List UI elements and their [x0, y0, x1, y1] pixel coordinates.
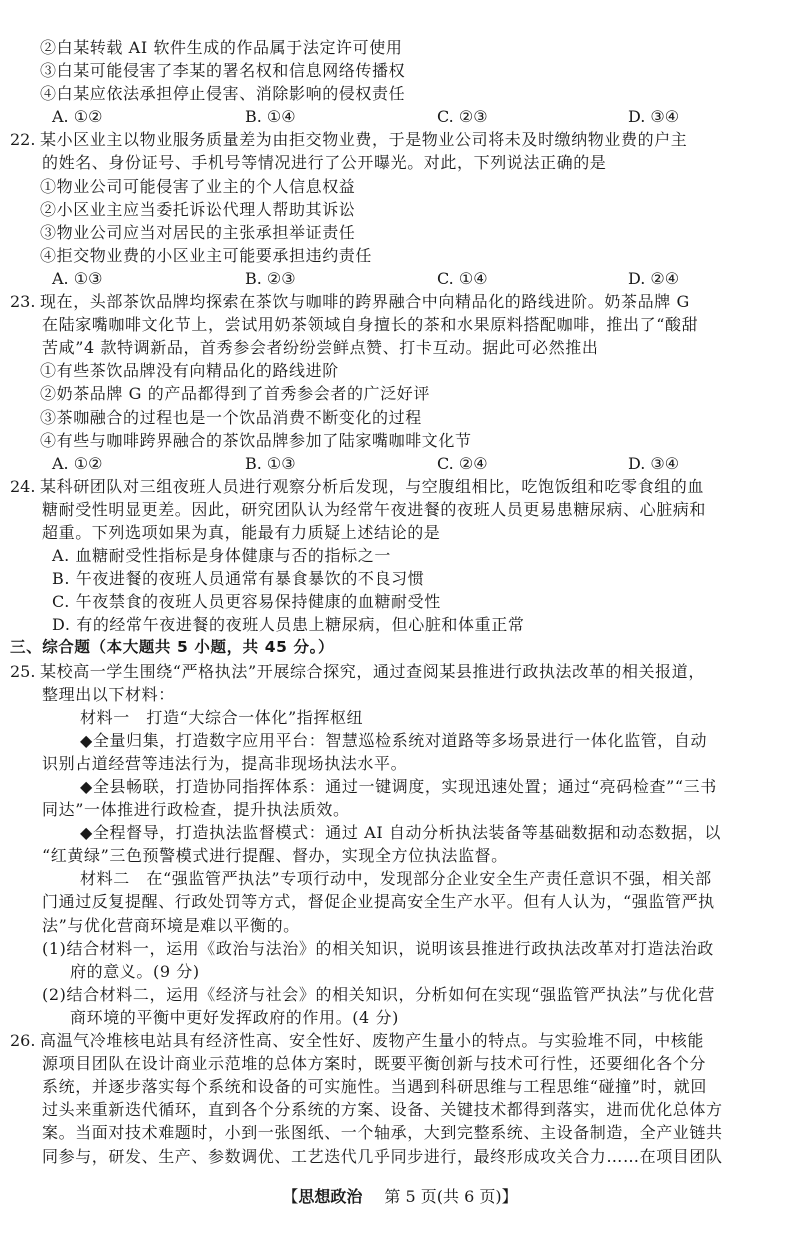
option-a: A. 血糖耐受性指标是身体健康与否的指标之一 [0, 544, 800, 567]
choice-b: B. ①④ [245, 105, 296, 128]
statement: ②奶茶品牌 G 的产品都得到了首秀参会者的广泛好评 [0, 382, 800, 405]
material-one: 材料一 打造“大综合一体化”指挥枢纽 ◆全量归集，打造数字应用平台：智慧巡检系统… [0, 706, 800, 868]
question-stem-line: 26. 高温气冷堆核电站具有经济性高、安全性好、废物产生量小的特点。与实验堆不同… [0, 1029, 800, 1052]
stem-text: 某校高一学生围绕“严格执法”开展综合探究，通过查阅某县推进行政执法改革的相关报道… [40, 662, 705, 681]
option-b: B. 午夜进餐的夜班人员通常有暴食暴饮的不良习惯 [0, 567, 800, 590]
choice-a: A. ①② [52, 105, 102, 128]
footer-page-info: 第 5 页(共 6 页) [384, 1187, 501, 1206]
question-number: 25. [10, 660, 35, 683]
sub-question-line: 商环境的平衡中更好发挥政府的作用。(4 分) [0, 1006, 800, 1029]
question-stem-line: 案。当面对技术难题时，小到一张图纸、一个轴承，大到完整系统、主设备制造，全产业链… [0, 1121, 800, 1144]
material-paragraph-line: ◆全量归集，打造数字应用平台：智慧巡检系统对道路等多场景进行一体化监管，自动 [0, 729, 800, 752]
footer-open-bracket: 【 [282, 1187, 298, 1206]
material-paragraph-line: 法”与优化营商环境是难以平衡的。 [0, 914, 800, 937]
question-26: 26. 高温气冷堆核电站具有经济性高、安全性好、废物产生量小的特点。与实验堆不同… [0, 1029, 800, 1168]
material-paragraph-line: 同达”一体推进行政检查，提升执法质效。 [0, 798, 800, 821]
choice-row: A. ①③ B. ②③ C. ①④ D. ②④ [0, 267, 800, 290]
question-stem-line: 同参与，研发、生产、参数调优、工艺迭代几乎同步进行，最终形成攻关合力……在项目团… [0, 1145, 800, 1168]
choice-c: C. ①④ [437, 267, 488, 290]
statement: ③白某可能侵害了李某的署名权和信息网络传播权 [0, 59, 800, 82]
stem-text: 现在，头部茶饮品牌均探索在茶饮与咖啡的跨界融合中向精品化的路线进阶。奶茶品牌 G [40, 292, 690, 311]
sub-question-2: (2)结合材料二，运用《经济与社会》的相关知识，分析如何在实现“强监管严执法”与… [0, 983, 800, 1029]
material-title: 材料一 打造“大综合一体化”指挥枢纽 [0, 706, 800, 729]
option-c: C. 午夜禁食的夜班人员更容易保持健康的血糖耐受性 [0, 590, 800, 613]
statement: ③茶咖融合的过程也是一个饮品消费不断变化的过程 [0, 406, 800, 429]
choice-b: B. ①③ [245, 452, 296, 475]
sub-question-line: 府的意义。(9 分) [0, 960, 800, 983]
footer-subject: 思想政治 [298, 1187, 362, 1206]
choice-row: A. ①② B. ①③ C. ②④ D. ③④ [0, 452, 800, 475]
statement: ②白某转载 AI 软件生成的作品属于法定许可使用 [0, 36, 800, 59]
question-stem-line: 24. 某科研团队对三组夜班人员进行观察分析后发现，与空腹组相比，吃饱饭组和吃零… [0, 475, 800, 498]
question-stem-line: 22. 某小区业主以物业服务质量差为由拒交物业费，于是物业公司将未及时缴纳物业费… [0, 128, 800, 151]
page-footer: 【思想政治第 5 页(共 6 页)】 [0, 1186, 800, 1208]
question-stem-line: 苦咸”4 款特调新品，首秀参会者纷纷尝鲜点赞、打卡互动。据此可必然推出 [0, 336, 800, 359]
statement: ④有些与咖啡跨界融合的茶饮品牌参加了陆家嘴咖啡文化节 [0, 429, 800, 452]
question-stem-line: 糖耐受性明显更差。因此，研究团队认为经常午夜进餐的夜班人员更易患糖尿病、心脏病和 [0, 498, 800, 521]
material-paragraph-line: 门通过反复提醒、行政处罚等方式，督促企业提高安全生产水平。但有人认为，“强监管严… [0, 890, 800, 913]
statement: ③物业公司应当对居民的主张承担举证责任 [0, 221, 800, 244]
question-number: 22. [10, 128, 35, 151]
choice-d: D. ③④ [628, 105, 679, 128]
question-stem-line: 的姓名、身份证号、手机号等情况进行了公开曝光。对此，下列说法正确的是 [0, 151, 800, 174]
choice-d: D. ②④ [628, 267, 679, 290]
question-stem-line: 源项目团队在设计商业示范堆的总体方案时，既要平衡创新与技术可行性，还要细化各个分 [0, 1052, 800, 1075]
statement: ①物业公司可能侵害了业主的个人信息权益 [0, 175, 800, 198]
question-stem-line: 在陆家嘴咖啡文化节上，尝试用奶茶领域自身擅长的茶和水果原料搭配咖啡，推出了“酸甜 [0, 313, 800, 336]
choice-a: A. ①③ [52, 267, 102, 290]
material-paragraph-line: “红黄绿”三色预警模式进行提醒、督办，实现全方位执法监督。 [0, 844, 800, 867]
choice-b: B. ②③ [245, 267, 296, 290]
sub-question-1: (1)结合材料一，运用《政治与法治》的相关知识，说明该县推进行政执法改革对打造法… [0, 937, 800, 983]
sub-question-line: (2)结合材料二，运用《经济与社会》的相关知识，分析如何在实现“强监管严执法”与… [0, 983, 800, 1006]
question-stem-line: 超重。下列选项如果为真，能最有力质疑上述结论的是 [0, 521, 800, 544]
material-paragraph-line: ◆全县畅联，打造协同指挥体系：通过一键调度，实现迅速处置；通过“亮码检查”“三书 [0, 775, 800, 798]
choice-c: C. ②④ [437, 452, 488, 475]
statement: ①有些茶饮品牌没有向精品化的路线进阶 [0, 359, 800, 382]
question-stem-line: 25. 某校高一学生围绕“严格执法”开展综合探究，通过查阅某县推进行政执法改革的… [0, 660, 800, 683]
question-22: 22. 某小区业主以物业服务质量差为由拒交物业费，于是物业公司将未及时缴纳物业费… [0, 128, 800, 290]
footer-close-bracket: 】 [502, 1187, 518, 1206]
question-21-tail: ②白某转载 AI 软件生成的作品属于法定许可使用 ③白某可能侵害了李某的署名权和… [0, 36, 800, 128]
stem-text: 某小区业主以物业服务质量差为由拒交物业费，于是物业公司将未及时缴纳物业费的户主 [40, 130, 687, 149]
choice-row: A. ①② B. ①④ C. ②③ D. ③④ [0, 105, 800, 128]
question-stem-line: 整理出以下材料： [0, 683, 800, 706]
material-paragraph-line: ◆全程督导，打造执法监督模式：通过 AI 自动分析执法装备等基础数据和动态数据，… [0, 821, 800, 844]
question-stem-line: 系统，并逐步落实每个系统和设备的可实施性。当遇到科研思维与工程思维“碰撞”时，就… [0, 1075, 800, 1098]
question-stem-line: 过头来重新迭代循环，直到各个分系统的方案、设备、关键技术都得到落实，进而优化总体… [0, 1098, 800, 1121]
exam-page: ②白某转载 AI 软件生成的作品属于法定许可使用 ③白某可能侵害了李某的署名权和… [0, 36, 800, 1168]
statement: ④拒交物业费的小区业主可能要承担违约责任 [0, 244, 800, 267]
material-paragraph-line: 材料二 在“强监管严执法”专项行动中，发现部分企业安全生产责任意识不强，相关部 [0, 867, 800, 890]
option-d: D. 有的经常午夜进餐的夜班人员患上糖尿病，但心脏和体重正常 [0, 613, 800, 636]
stem-text: 某科研团队对三组夜班人员进行观察分析后发现，与空腹组相比，吃饱饭组和吃零食组的血 [40, 477, 704, 496]
choice-d: D. ③④ [628, 452, 679, 475]
material-paragraph-line: 识别占道经营等违法行为，提高非现场执法水平。 [0, 752, 800, 775]
stem-text: 高温气冷堆核电站具有经济性高、安全性好、废物产生量小的特点。与实验堆不同，中核能 [40, 1031, 704, 1050]
question-23: 23. 现在，头部茶饮品牌均探索在茶饮与咖啡的跨界融合中向精品化的路线进阶。奶茶… [0, 290, 800, 475]
statement: ②小区业主应当委托诉讼代理人帮助其诉讼 [0, 198, 800, 221]
question-25: 25. 某校高一学生围绕“严格执法”开展综合探究，通过查阅某县推进行政执法改革的… [0, 660, 800, 1030]
question-number: 24. [10, 475, 35, 498]
material-two: 材料二 在“强监管严执法”专项行动中，发现部分企业安全生产责任意识不强，相关部 … [0, 867, 800, 936]
question-24: 24. 某科研团队对三组夜班人员进行观察分析后发现，与空腹组相比，吃饱饭组和吃零… [0, 475, 800, 637]
choice-a: A. ①② [52, 452, 102, 475]
question-number: 23. [10, 290, 35, 313]
choice-c: C. ②③ [437, 105, 488, 128]
section-heading: 三、综合题（本大题共 5 小题，共 45 分。） [0, 636, 800, 659]
question-number: 26. [10, 1029, 35, 1052]
sub-question-line: (1)结合材料一，运用《政治与法治》的相关知识，说明该县推进行政执法改革对打造法… [0, 937, 800, 960]
question-stem-line: 23. 现在，头部茶饮品牌均探索在茶饮与咖啡的跨界融合中向精品化的路线进阶。奶茶… [0, 290, 800, 313]
statement: ④白某应依法承担停止侵害、消除影响的侵权责任 [0, 82, 800, 105]
